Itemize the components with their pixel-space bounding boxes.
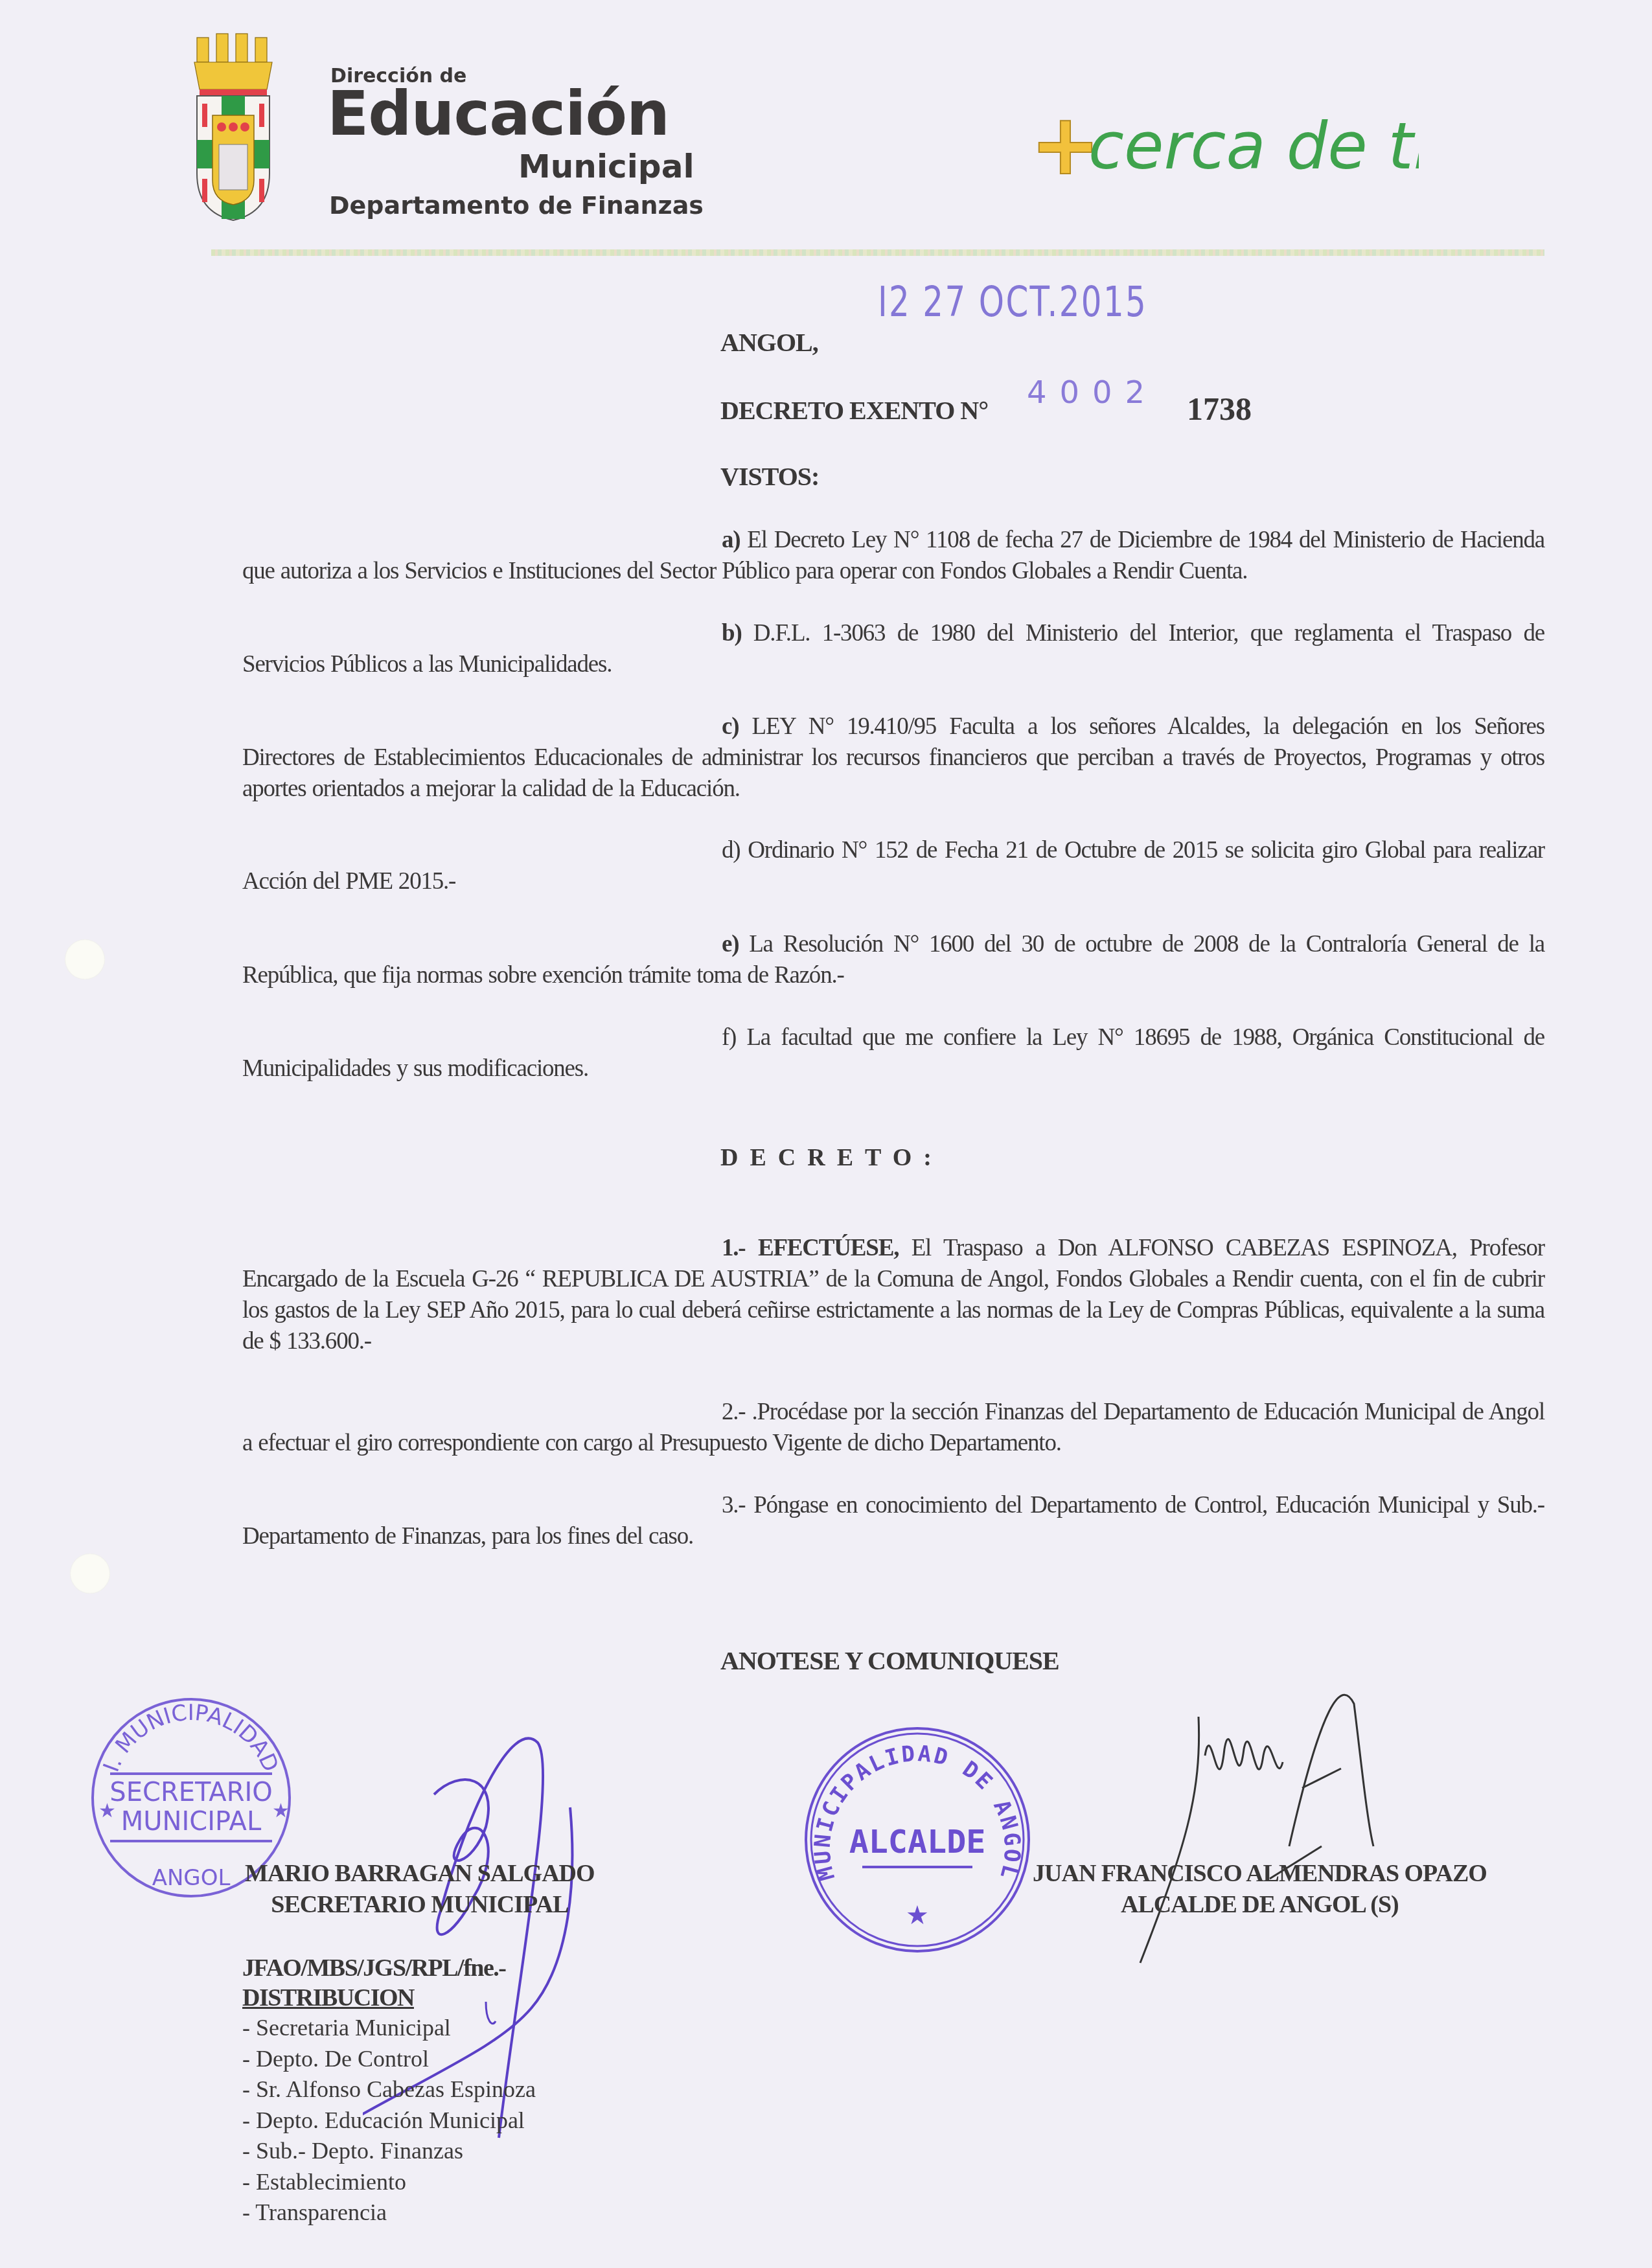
org-name-line2: Educación <box>327 84 669 145</box>
vistos-item-f: f) La facultad que me confiere la Ley N°… <box>242 1022 1544 1084</box>
closing-formula: ANOTESE Y COMUNIQUESE <box>720 1645 1059 1676</box>
list-item: - Transparencia <box>242 2197 536 2228</box>
alcalde-signature-block: JUAN FRANCISCO ALMENDRAS OPAZO ALCALDE D… <box>1033 1858 1487 1920</box>
decreto-heading: DECRETO: <box>720 1143 943 1172</box>
decree-number-stamp: 4002 <box>1027 374 1158 411</box>
article-1: 1.- EFECTÚESE, El Traspaso a Don ALFONSO… <box>242 1233 1544 1357</box>
svg-text:ANGOL: ANGOL <box>152 1865 231 1891</box>
signer-title: SECRETARIO MUNICIPAL <box>245 1889 595 1920</box>
svg-text:MUNICIPAL: MUNICIPAL <box>121 1807 262 1837</box>
org-name-line3: Municipal <box>518 150 694 183</box>
municipal-crest-logo <box>193 31 273 223</box>
svg-text:ALCALDE: ALCALDE <box>849 1823 986 1861</box>
article-3: 3.- Póngase en conocimiento del Departam… <box>242 1490 1544 1552</box>
star-icon: ★ <box>98 1800 116 1822</box>
article-2: 2.- .Procédase por la sección Finanzas d… <box>242 1397 1544 1459</box>
slogan-logo: + cerca de ti <box>1030 104 1419 188</box>
punch-hole <box>70 1553 110 1594</box>
svg-text:I. MUNICIPALIDAD: I. MUNICIPALIDAD <box>98 1700 284 1776</box>
svg-text:SECRETARIO: SECRETARIO <box>109 1778 272 1807</box>
decree-number: 1738 <box>1187 390 1252 428</box>
list-item: - Secretaria Municipal <box>242 2013 536 2044</box>
vistos-item-d: d) Ordinario N° 152 de Fecha 21 de Octub… <box>242 835 1544 897</box>
star-icon: ★ <box>272 1800 290 1822</box>
slogan-text: cerca de ti <box>1088 108 1419 184</box>
vistos-item-b: b) D.F.L. 1-3063 de 1980 del Ministerio … <box>242 618 1544 680</box>
alcalde-stamp: MUNICIPALIDAD DE ANGOL ALCALDE ★ <box>801 1723 1034 1956</box>
place-label: ANGOL, <box>720 327 818 358</box>
punch-hole <box>65 939 105 979</box>
vistos-heading: VISTOS: <box>720 461 819 492</box>
distribution-list: - Secretaria Municipal - Depto. De Contr… <box>242 2013 536 2228</box>
header-divider <box>211 249 1544 256</box>
svg-text:MUNICIPALIDAD DE ANGOL: MUNICIPALIDAD DE ANGOL <box>810 1741 1026 1883</box>
date-stamp: I2 27 OCT.2015 <box>878 279 1147 326</box>
signer-name: JUAN FRANCISCO ALMENDRAS OPAZO <box>1033 1858 1487 1889</box>
vistos-item-a: a) El Decreto Ley N° 1108 de fecha 27 de… <box>242 525 1544 587</box>
department-name: Departamento de Finanzas <box>329 193 704 218</box>
list-item: - Sub.- Depto. Finanzas <box>242 2136 536 2167</box>
signer-name: MARIO BARRAGAN SALGADO <box>245 1858 595 1889</box>
star-icon: ★ <box>906 1901 929 1930</box>
list-item: - Depto. De Control <box>242 2044 536 2075</box>
secretario-signature-block: MARIO BARRAGAN SALGADO SECRETARIO MUNICI… <box>245 1858 595 1920</box>
signer-title: ALCALDE DE ANGOL (S) <box>1033 1889 1487 1920</box>
list-item: - Sr. Alfonso Cabezas Espinoza <box>242 2074 536 2105</box>
decree-label: DECRETO EXENTO N° <box>720 395 988 426</box>
vistos-item-e: e) La Resolución N° 1600 del 30 de octub… <box>242 929 1544 991</box>
list-item: - Depto. Educación Municipal <box>242 2105 536 2136</box>
vistos-item-c: c) LEY N° 19.410/95 Faculta a los señore… <box>242 711 1544 805</box>
alcalde-signature <box>1127 1652 1451 1976</box>
list-item: - Establecimiento <box>242 2167 536 2198</box>
reference-initials: JFAO/MBS/JGS/RPL/fne.- DISTRIBUCION <box>242 1953 505 2013</box>
distribution-heading: DISTRIBUCION <box>242 1983 505 2013</box>
